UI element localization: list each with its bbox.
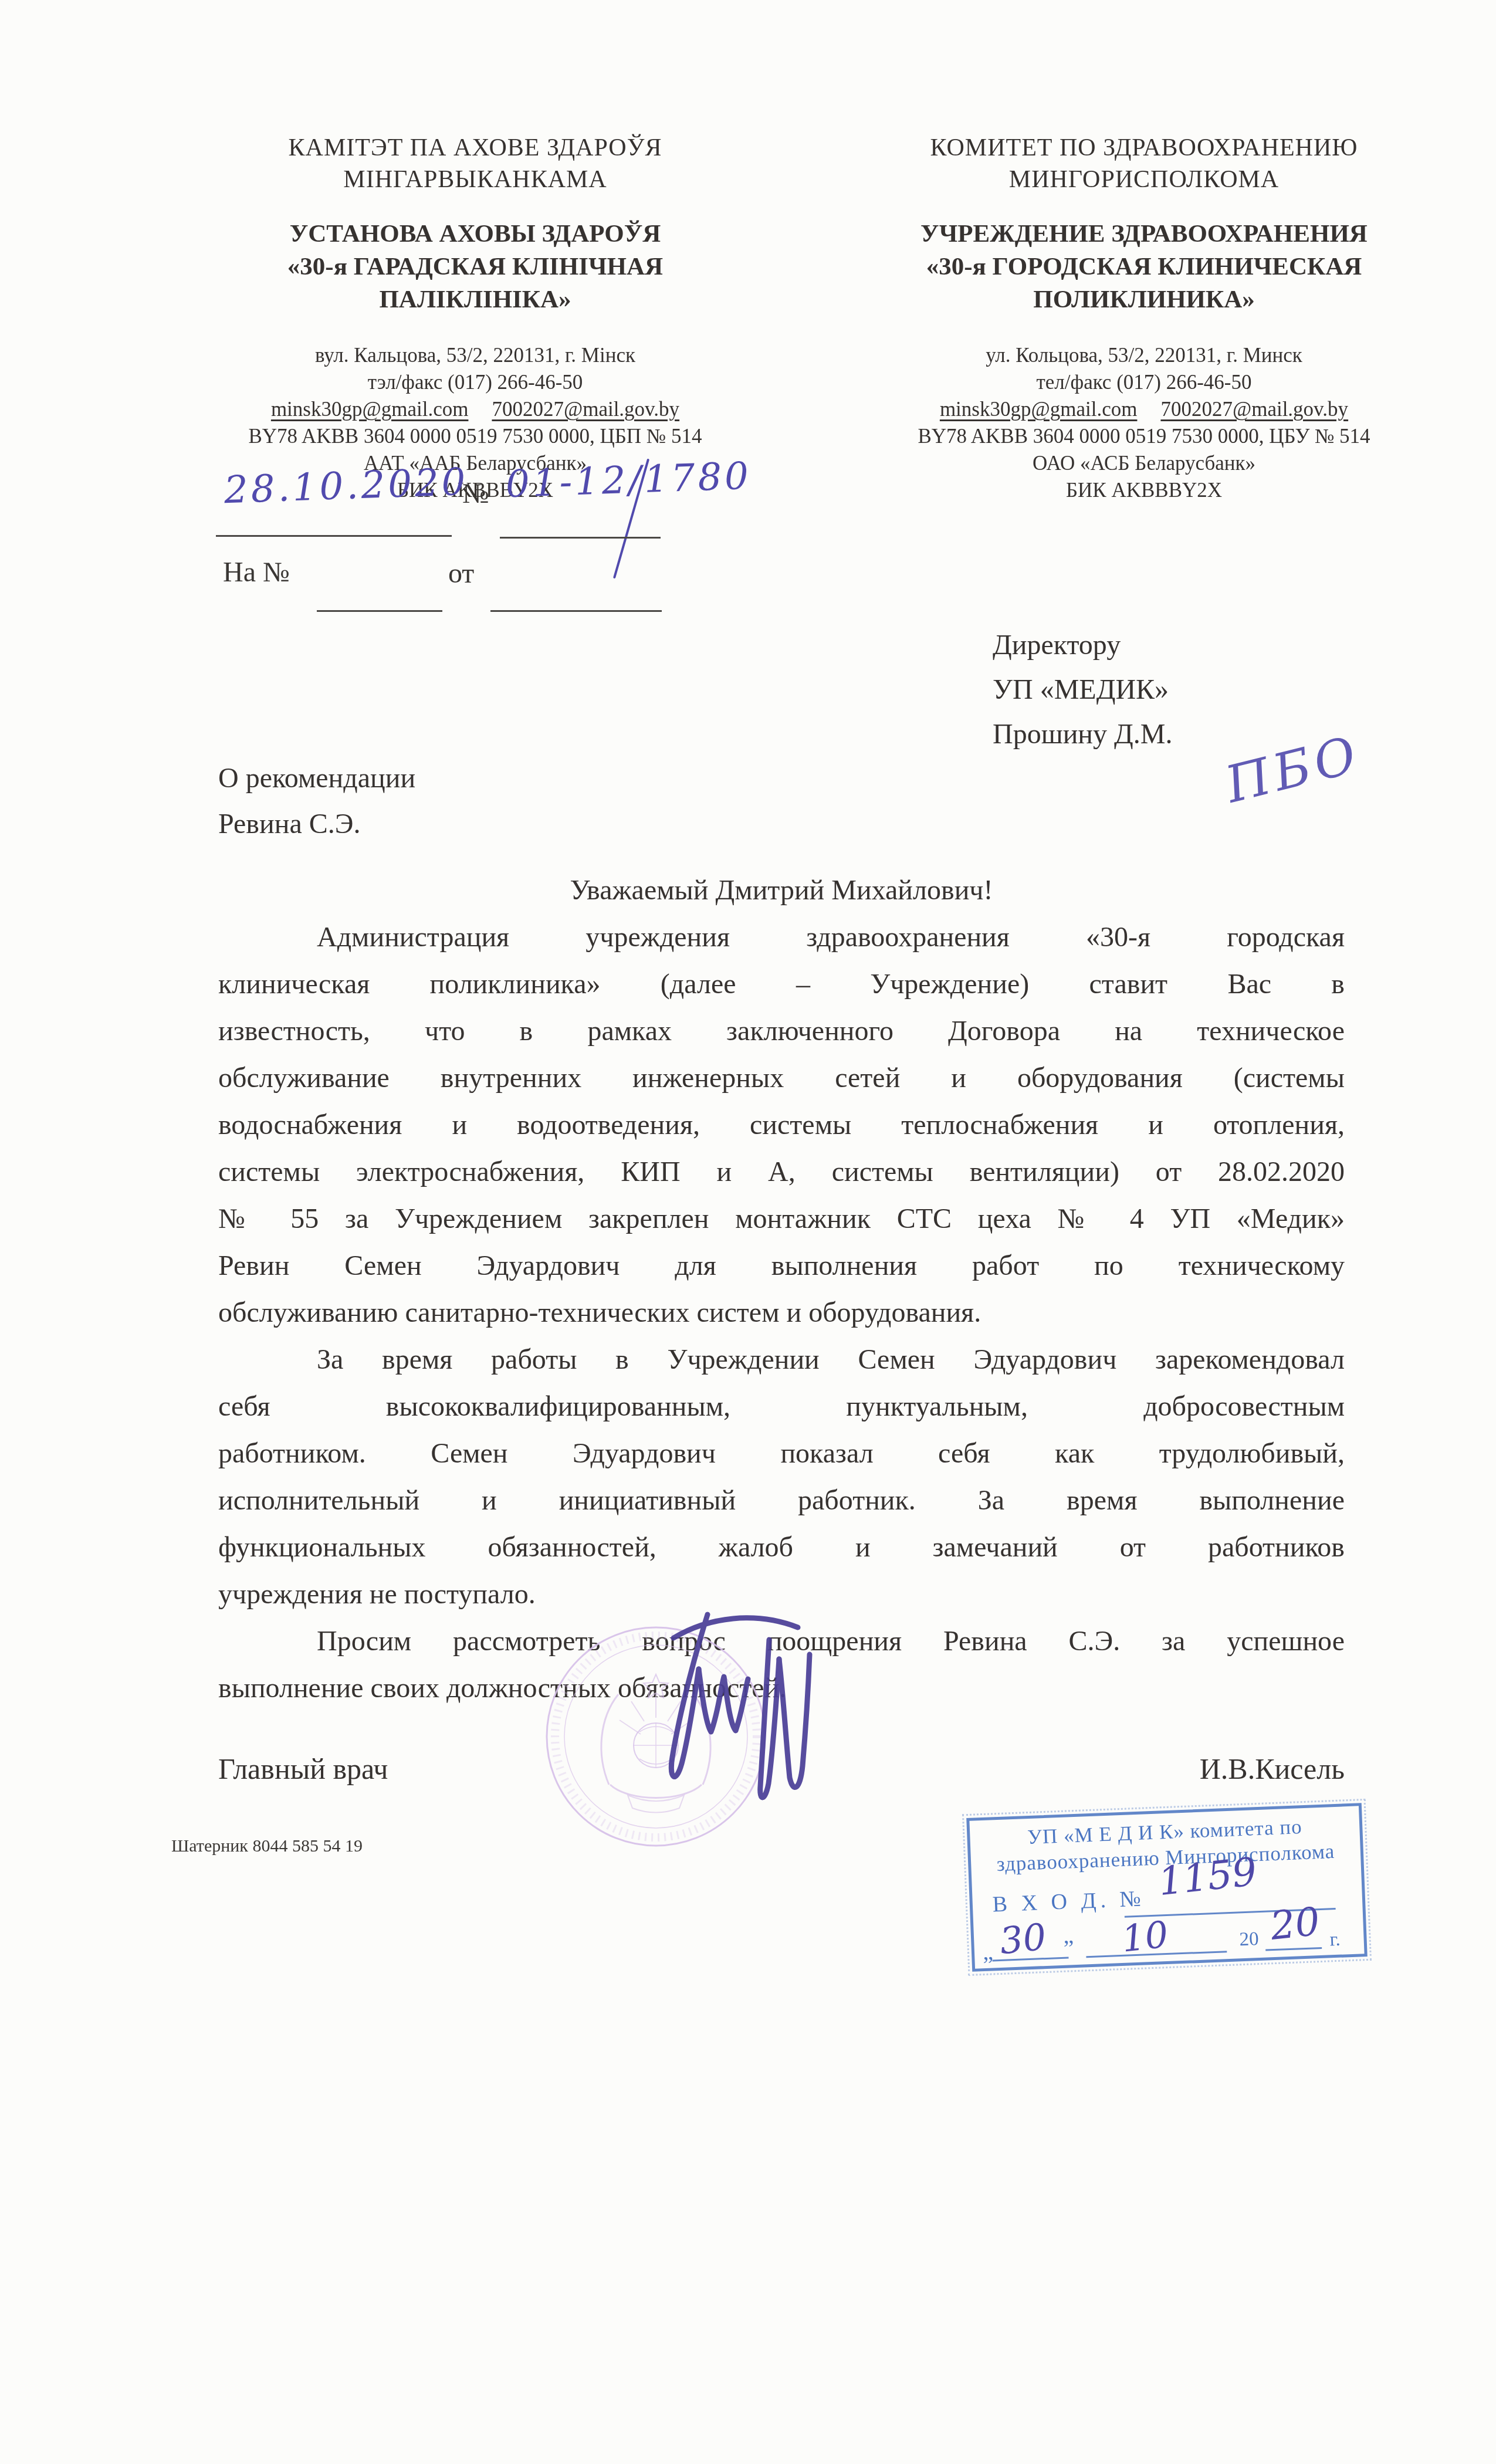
handwritten-intake-number: 1159 [1156,1849,1259,1904]
organization-name-left: УСТАНОВА АХОВЫ ЗДАРОЎЯ «30-я ГАРАДСКАЯ К… [232,218,719,316]
body-line: За время работы в Учреждении Семен Эдуар… [218,1336,1345,1383]
number-underline [500,537,661,539]
org-line: УЧРЕЖДЕНИЕ ЗДРАВООХРАНЕНИЯ [886,218,1402,251]
intake-stamp-vhod-label: В Х О Д. № [992,1886,1145,1917]
body-line: Администрация учреждения здравоохранения… [218,914,1345,961]
addressee-line: УП «МЕДИК» [993,668,1172,712]
year-prefix: 20 [1239,1928,1259,1951]
addressee-line: Директору [993,623,1172,668]
body-line: Ревин Семен Эдуардович для выполнения ра… [218,1243,1345,1289]
address-line: вул. Кальцова, 53/2, 220131, г. Мінск [232,342,719,369]
committee-name-left: КАМІТЭТ ПА АХОВЕ ЗДАРОЎЯ МІНГАРВЫКАНКАМА [232,132,719,195]
body-line: обслуживанию санитарно-технических систе… [218,1289,1345,1336]
address-line: ул. Кольцова, 53/2, 220131, г. Минск [886,342,1402,369]
addressee-block: Директору УП «МЕДИК» Прошину Д.М. [993,623,1172,757]
body-line: водоснабжения и водоотведения, системы т… [218,1102,1345,1149]
organization-name-right: УЧРЕЖДЕНИЕ ЗДРАВООХРАНЕНИЯ «30-я ГОРОДСК… [886,218,1402,316]
committee-line: МИНГОРИСПОЛКОМА [886,164,1402,195]
addressee-line: Прошину Д.М. [993,712,1172,757]
org-line: УСТАНОВА АХОВЫ ЗДАРОЎЯ [232,218,719,251]
org-line: ПАЛІКЛІНІКА» [232,283,719,316]
body-line: исполнительный и инициативный работник. … [218,1477,1345,1524]
committee-line: КОМИТЕТ ПО ЗДРАВООХРАНЕНИЮ [886,132,1402,164]
scanned-letter-page: КАМІТЭТ ПА АХОВЕ ЗДАРОЎЯ МІНГАРВЫКАНКАМА… [0,0,1496,2464]
email-address: minsk30gp@gmail.com [940,398,1138,421]
bik-line: БИК AKBBBY2X [886,477,1402,504]
email-address: minsk30gp@gmail.com [271,398,469,421]
salutation: Уважаемый Дмитрий Михайлович! [218,867,1345,914]
body-line: работником. Семен Эдуардович показал себ… [218,1430,1345,1477]
letter-body: Уважаемый Дмитрий Михайлович! Администра… [218,867,1345,1712]
body-line: клиническая поликлиника» (далее – Учрежд… [218,961,1345,1008]
email-line: minsk30gp@gmail.com7002027@mail.gov.by [232,396,719,423]
signer-name: И.В.Кисель [1200,1752,1345,1786]
handwritten-date: 28.10.2020 [224,461,469,512]
date-underline [216,535,452,537]
letterhead-left: КАМІТЭТ ПА АХОВЕ ЗДАРОЎЯ МІНГАРВЫКАНКАМА… [232,132,719,504]
letterhead-right: КОМИТЕТ ПО ЗДРАВООХРАНЕНИЮ МИНГОРИСПОЛКО… [886,132,1402,504]
body-line: функциональных обязанностей, жалоб и зам… [218,1524,1345,1571]
body-line: системы электроснабжения, КИП и А, систе… [218,1149,1345,1196]
bank-name-line: ОАО «АСБ Беларусбанк» [886,450,1402,477]
committee-line: КАМІТЭТ ПА АХОВЕ ЗДАРОЎЯ [232,132,719,164]
committee-line: МІНГАРВЫКАНКАМА [232,164,719,195]
org-line: «30-я ГОРОДСКАЯ КЛИНИЧЕСКАЯ [886,251,1402,283]
email-address: 7002027@mail.gov.by [492,398,679,421]
body-line: известность, что в рамках заключенного Д… [218,1008,1345,1055]
committee-name-right: КОМИТЕТ ПО ЗДРАВООХРАНЕНИЮ МИНГОРИСПОЛКО… [886,132,1402,195]
ot-label: от [448,557,474,590]
handwritten-day: 30 [997,1915,1048,1962]
contact-block-right: ул. Кольцова, 53/2, 220131, г. Минск тел… [886,342,1402,504]
email-line: minsk30gp@gmail.com7002027@mail.gov.by [886,396,1402,423]
signer-position: Главный врач [218,1752,388,1786]
subject-line: О рекомендации [218,756,415,801]
phone-line: тел/факс (017) 266-46-50 [886,369,1402,396]
org-line: ПОЛИКЛИНИКА» [886,283,1402,316]
phone-line: тэл/факс (017) 266-46-50 [232,369,719,396]
intake-stamp: УП «М Е Д И К» комитета по здравоохранен… [966,1803,1368,1972]
handwritten-outgoing-number: 01-12/1780 [505,455,752,507]
email-address: 7002027@mail.gov.by [1160,398,1348,421]
incoming-number-underline [317,610,442,612]
handwritten-initials-mark: ПБО [1220,725,1366,814]
year-suffix: г. [1329,1929,1341,1951]
executor-phone-note: Шатерник 8044 585 54 19 [171,1836,363,1856]
org-line: «30-я ГАРАДСКАЯ КЛІНІЧНАЯ [232,251,719,283]
subject-block: О рекомендации Ревина С.Э. [218,756,415,847]
body-line: № 55 за Учреждением закреплен монтажник … [218,1196,1345,1243]
bank-account-line: BY78 AKBB 3604 0000 0519 7530 0000, ЦБП … [232,423,719,450]
body-line: обслуживание внутренних инженерных сетей… [218,1055,1345,1102]
na-number-label: На № [223,556,290,588]
bank-account-line: BY78 AKBB 3604 0000 0519 7530 0000, ЦБУ … [886,423,1402,450]
body-line: себя высококвалифицированным, пунктуальн… [218,1383,1345,1430]
handwritten-year: 20 [1268,1898,1322,1949]
number-sign-label: № [462,478,489,510]
handwritten-signature [603,1607,849,1819]
subject-line: Ревина С.Э. [218,801,415,847]
incoming-date-underline [490,610,662,612]
